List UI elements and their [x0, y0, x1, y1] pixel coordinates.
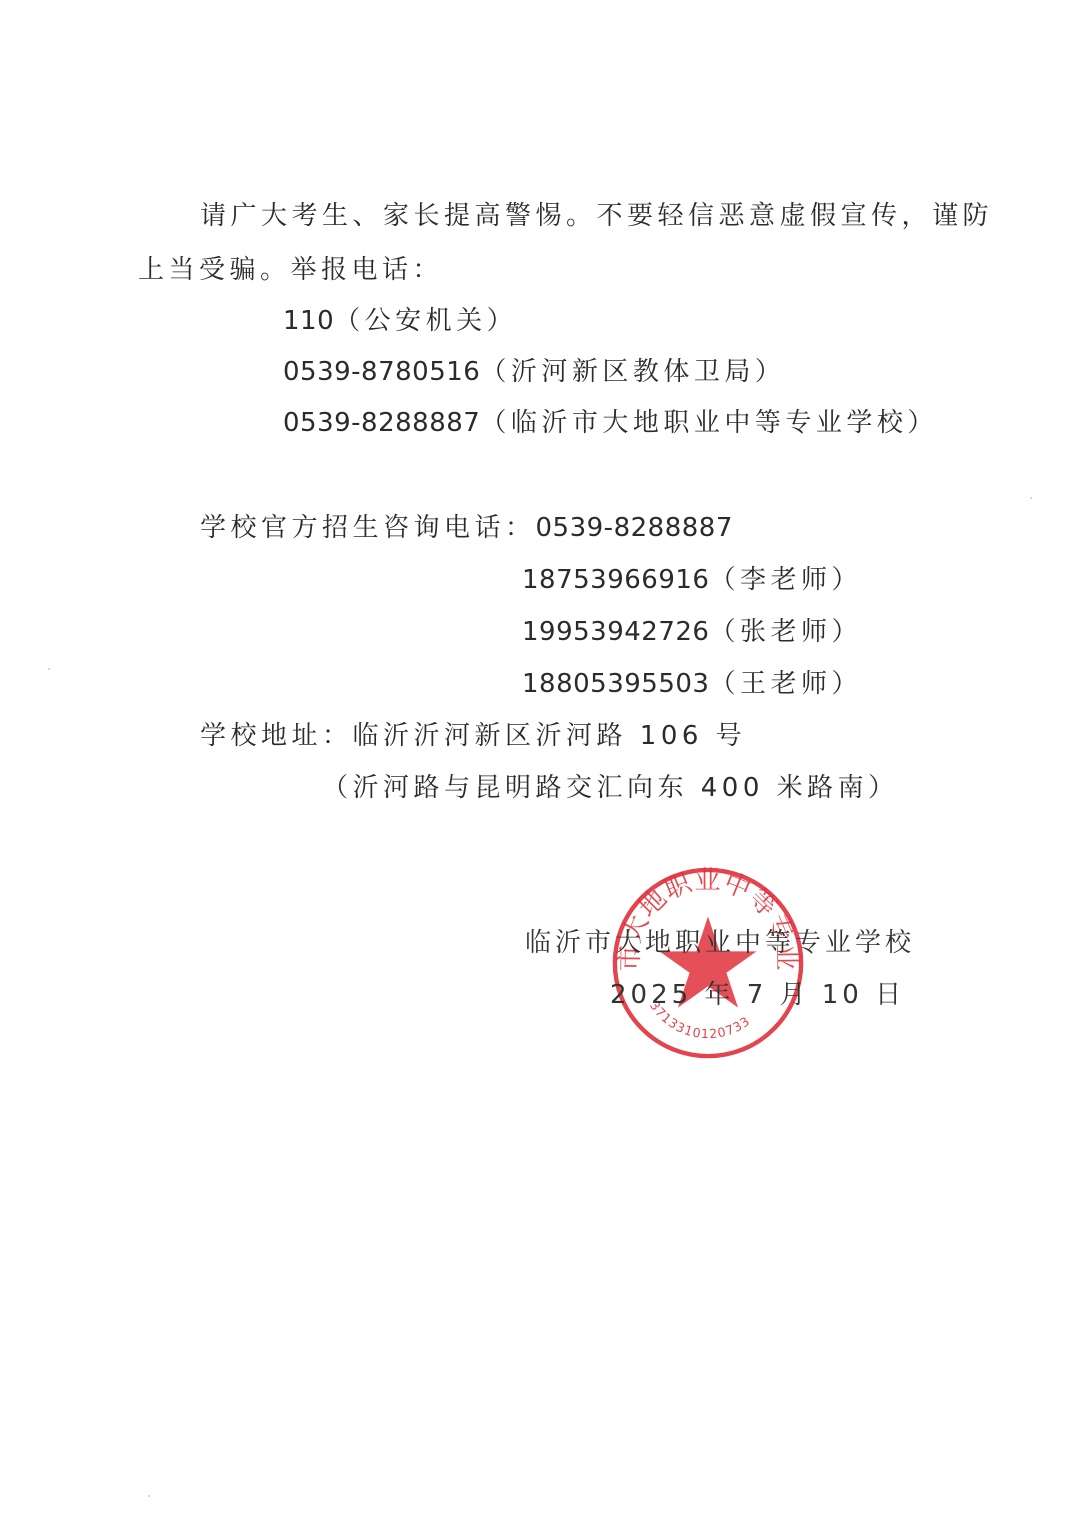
signature-organization: 临沂市大地职业中等专业学校 — [525, 930, 915, 956]
school-address: 学校地址：临沂沂河新区沂河路 106 号 — [200, 723, 746, 749]
phone-label: （李老师） — [709, 565, 862, 595]
warning-paragraph-line-1: 请广大考生、家长提高警惕。不要轻信恶意虚假宣传，谨防 — [200, 203, 993, 229]
phone-label: （王老师） — [709, 669, 862, 699]
address-line-1: 临沂沂河新区沂河路 106 号 — [353, 721, 747, 751]
phone-number: 0539-8780516 — [283, 357, 480, 387]
warning-paragraph-line-2: 上当受骗。举报电话： — [138, 257, 443, 283]
report-phone-education-bureau: 0539-8780516（沂河新区教体卫局） — [283, 359, 785, 385]
phone-number: 0539-8288887 — [283, 408, 480, 438]
phone-number: 110 — [283, 306, 334, 336]
phone-label: （公安机关） — [334, 306, 517, 336]
signature-date: 2025 年 7 月 10 日 — [610, 982, 905, 1008]
report-phone-school: 0539-8288887（临沂市大地职业中等专业学校） — [283, 410, 938, 436]
official-seal-stamp: 临沂市大地职业中等专业学校 3713310120733 — [611, 866, 805, 1060]
phone-label: （张老师） — [709, 617, 862, 647]
address-heading: 学校地址： — [200, 721, 353, 751]
admissions-phone-teacher-li: 18753966916（李老师） — [522, 567, 862, 593]
phone-number: 18753966916 — [522, 565, 709, 595]
phone-number: 18805395503 — [522, 669, 709, 699]
admissions-phone-teacher-zhang: 19953942726（张老师） — [522, 619, 862, 645]
scan-speck — [148, 1495, 150, 1497]
scan-speck — [1030, 497, 1032, 499]
phone-number: 19953942726 — [522, 617, 709, 647]
address-line-2: （沂河路与昆明路交汇向东 400 米路南） — [322, 775, 899, 801]
phone-label: （临沂市大地职业中等专业学校） — [480, 408, 938, 438]
phone-label: （沂河新区教体卫局） — [480, 357, 785, 387]
admissions-heading: 学校官方招生咨询电话： — [200, 513, 536, 543]
scan-speck — [48, 668, 50, 670]
admissions-phone-main: 学校官方招生咨询电话：0539-8288887 — [200, 515, 733, 541]
report-phone-police: 110（公安机关） — [283, 308, 517, 334]
phone-number: 0539-8288887 — [536, 513, 733, 543]
admissions-phone-teacher-wang: 18805395503（王老师） — [522, 671, 862, 697]
